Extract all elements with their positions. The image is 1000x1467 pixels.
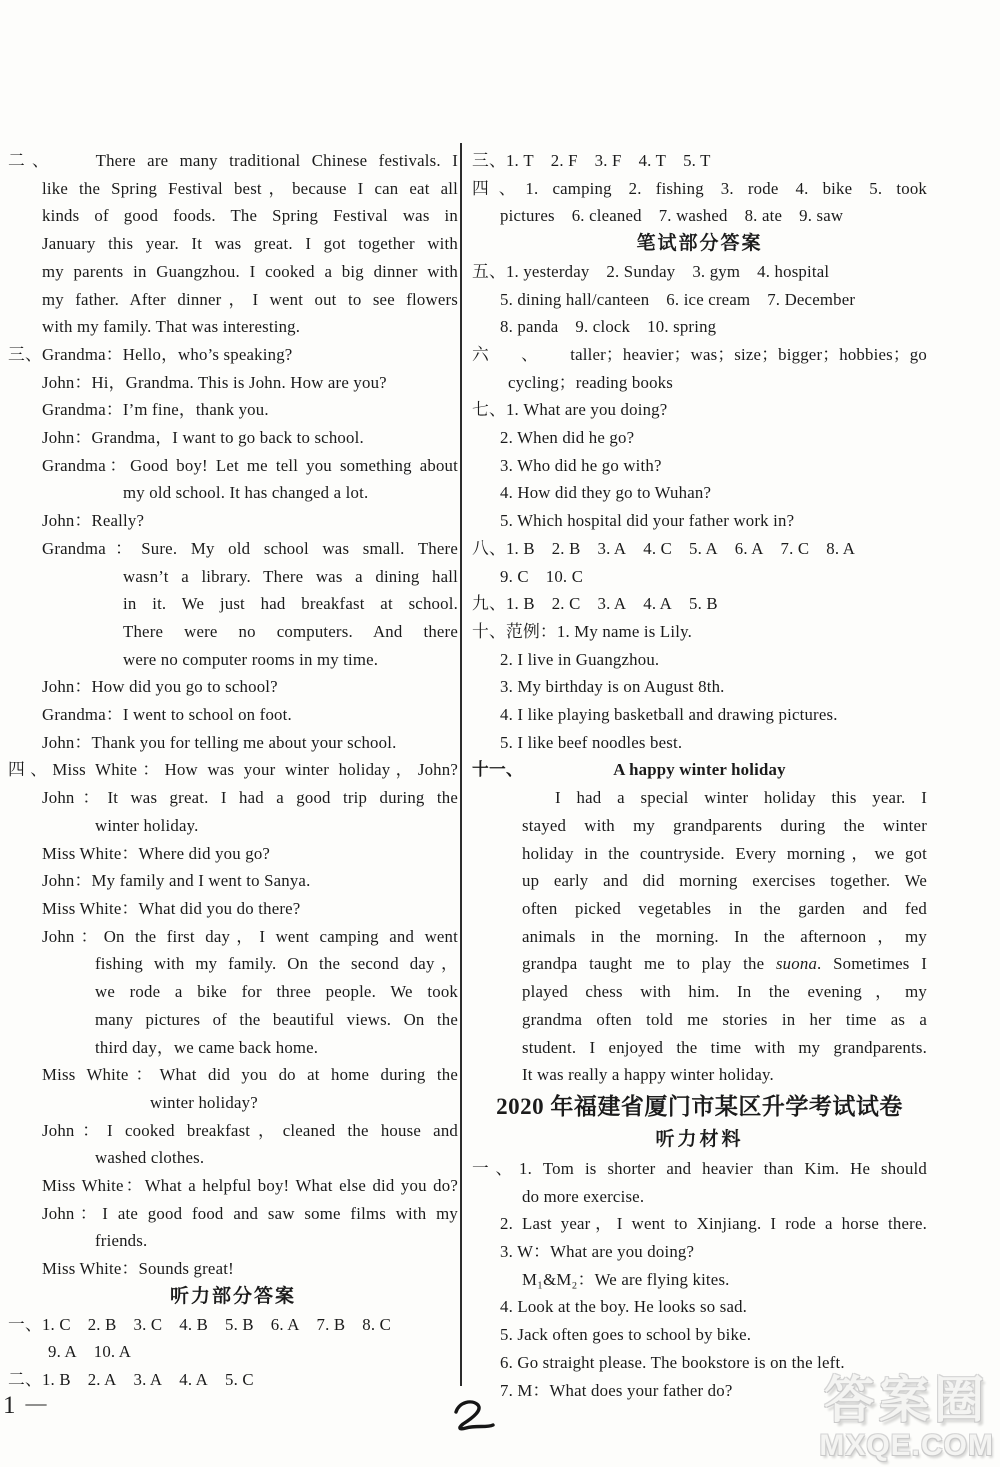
exam-paper-title: 2020 年福建省厦门市某区升学考试试卷 [472, 1089, 927, 1125]
column-divider-line [460, 143, 462, 1386]
text-line: 3. Who did he go with? [472, 452, 927, 480]
text-line: 2. I live in Guangzhou. [472, 646, 927, 674]
text-line: January this year. It was great. I got t… [8, 230, 458, 258]
text-line: 5. I like beef noodles best. [472, 729, 927, 757]
text-line: 十、范例：1. My name is Lily. [472, 618, 927, 646]
text-line: grandpa taught me to play the suona. Som… [472, 950, 927, 978]
text-line: 2. Last year，I went to Xinjiang. I rode … [472, 1210, 927, 1238]
text-line: my parents in Guangzhou. I cooked a big … [8, 258, 458, 286]
listening-answers-heading: 听力部分答案 [8, 1283, 458, 1311]
page-number: 1 [3, 1392, 18, 1419]
text-line: winter holiday. [8, 812, 458, 840]
text-line: 5. dining hall/canteen 6. ice cream 7. D… [472, 286, 927, 314]
text-line: 四、1. camping 2. fishing 3. rode 4. bike … [472, 175, 927, 203]
watermark-logo-text: 答案圈 [819, 1375, 994, 1425]
text-line: played chess with him. In the evening，my [472, 978, 927, 1006]
text-line: 8. panda 9. clock 10. spring [472, 313, 927, 341]
text-line: student. I enjoyed the time with my gran… [472, 1034, 927, 1062]
text-line: washed clothes. [8, 1144, 458, 1172]
handwritten-mark-2 [451, 1399, 497, 1435]
text-line: John：Thank you for telling me about your… [8, 729, 458, 757]
text-line: many pictures of the beautiful views. On… [8, 1006, 458, 1034]
text-line: 一、1. Tom is shorter and heavier than Kim… [472, 1155, 927, 1183]
text-line: Miss White：What did you do at home durin… [8, 1061, 458, 1089]
text-line: 三、1. T 2. F 3. F 4. T 5. T [472, 147, 927, 175]
text-line: my father. After dinner，I went out to se… [8, 286, 458, 314]
text-line: third day，we came back home. [8, 1034, 458, 1062]
text-line: It was really a happy winter holiday. [472, 1061, 927, 1089]
text-line: Miss White：Where did you go? [8, 840, 458, 868]
text-line: Grandma：I went to school on foot. [8, 701, 458, 729]
text-line: John：On the first day，I went camping and… [8, 923, 458, 951]
text-line: Miss White：What a helpful boy! What else… [8, 1172, 458, 1200]
text-line: like the Spring Festival best，because I … [8, 175, 458, 203]
text-line: 一、1. C 2. B 3. C 4. B 5. B 6. A 7. B 8. … [8, 1311, 458, 1339]
text-line: pictures 6. cleaned 7. washed 8. ate 9. … [472, 202, 927, 230]
text-line: 9. C 10. C [472, 563, 927, 591]
text-line: John：It was great. I had a good trip dur… [8, 784, 458, 812]
text-line: fishing with my family. On the second da… [8, 950, 458, 978]
text-line: stayed with my grandparents during the w… [472, 812, 927, 840]
text-line: Miss White：What did you do there? [8, 895, 458, 923]
text-line: 八、1. B 2. B 3. A 4. C 5. A 6. A 7. C 8. … [472, 535, 927, 563]
right-column: 三、1. T 2. F 3. F 4. T 5. T四、1. camping 2… [472, 147, 927, 1404]
text-line: 4. How did they go to Wuhan? [472, 479, 927, 507]
text-line: John：My family and I went to Sanya. [8, 867, 458, 895]
scanned-answer-page: 二、 There are many traditional Chinese fe… [0, 0, 1000, 1467]
text-line: 2. When did he go? [472, 424, 927, 452]
text-line: we rode a bike for three people. We took [8, 978, 458, 1006]
text-line: up early and did morning exercises toget… [472, 867, 927, 895]
text-line: John：Really? [8, 507, 458, 535]
text-line: John：How did you go to school? [8, 673, 458, 701]
listening-material-heading: 听力材料 [472, 1125, 927, 1155]
page-footer: 1— [3, 1392, 41, 1420]
text-line: John：I cooked breakfast，cleaned the hous… [8, 1117, 458, 1145]
text-line: I had a special winter holiday this year… [472, 784, 927, 812]
text-line: wasn’t a library. There was a dining hal… [8, 563, 458, 591]
text-line: 五、1. yesterday 2. Sunday 3. gym 4. hospi… [472, 258, 927, 286]
text-line: in it. We just had breakfast at school. [8, 590, 458, 618]
text-line: friends. [8, 1227, 458, 1255]
text-line: 3. My birthday is on August 8th. [472, 673, 927, 701]
text-line: 4. Look at the boy. He looks so sad. [472, 1293, 927, 1321]
text-line: cycling；reading books [472, 369, 927, 397]
text-line: 9. A 10. A [8, 1338, 458, 1366]
text-line: 七、1. What are you doing? [472, 396, 927, 424]
text-line: 二、 There are many traditional Chinese fe… [8, 147, 458, 175]
written-answers-heading: 笔试部分答案 [472, 230, 927, 258]
text-line: John：Hi，Grandma. This is John. How are y… [8, 369, 458, 397]
essay-title: 十一、A happy winter holiday [472, 756, 927, 784]
text-line: were no computer rooms in my time. [8, 646, 458, 674]
text-line: Grandma：Sure. My old school was small. T… [8, 535, 458, 563]
text-line: M₁&M₂：We are flying kites. [472, 1266, 927, 1294]
text-line: 九、1. B 2. C 3. A 4. A 5. B [472, 590, 927, 618]
text-line: Grandma：I’m fine，thank you. [8, 396, 458, 424]
text-line: 六、taller；heavier；was；size；bigger；hobbies… [472, 341, 927, 369]
text-line: my old school. It has changed a lot. [8, 479, 458, 507]
left-column: 二、 There are many traditional Chinese fe… [8, 147, 458, 1394]
text-line: 5. Jack often goes to school by bike. [472, 1321, 927, 1349]
text-line: There were no computers. And there [8, 618, 458, 646]
text-line: animals in the morning. In the afternoon… [472, 923, 927, 951]
text-line: grandma often told me stories in her tim… [472, 1006, 927, 1034]
text-line: John：I ate good food and saw some films … [8, 1200, 458, 1228]
text-line: 3. W：What are you doing? [472, 1238, 927, 1266]
text-line: do more exercise. [472, 1183, 927, 1211]
text-line: Grandma：Good boy! Let me tell you someth… [8, 452, 458, 480]
watermark: 答案圈 MXQE.COM [819, 1375, 994, 1461]
footer-dash: — [26, 1391, 49, 1415]
text-line: 5. Which hospital did your father work i… [472, 507, 927, 535]
text-line: often picked vegetables in the garden an… [472, 895, 927, 923]
text-line: 4. I like playing basketball and drawing… [472, 701, 927, 729]
text-line: John：Grandma，I want to go back to school… [8, 424, 458, 452]
text-line: kinds of good foods. The Spring Festival… [8, 202, 458, 230]
text-line: holiday in the countryside. Every mornin… [472, 840, 927, 868]
text-line: Miss White：Sounds great! [8, 1255, 458, 1283]
text-line: 四、Miss White：How was your winter holiday… [8, 756, 458, 784]
text-line: 三、Grandma：Hello，who’s speaking? [8, 341, 458, 369]
section-marker: 十一、 [472, 756, 523, 784]
watermark-site-text: MXQE.COM [819, 1431, 994, 1461]
text-line: winter holiday? [8, 1089, 458, 1117]
text-line: 二、1. B 2. A 3. A 4. A 5. C [8, 1366, 458, 1394]
text-line: with my family. That was interesting. [8, 313, 458, 341]
